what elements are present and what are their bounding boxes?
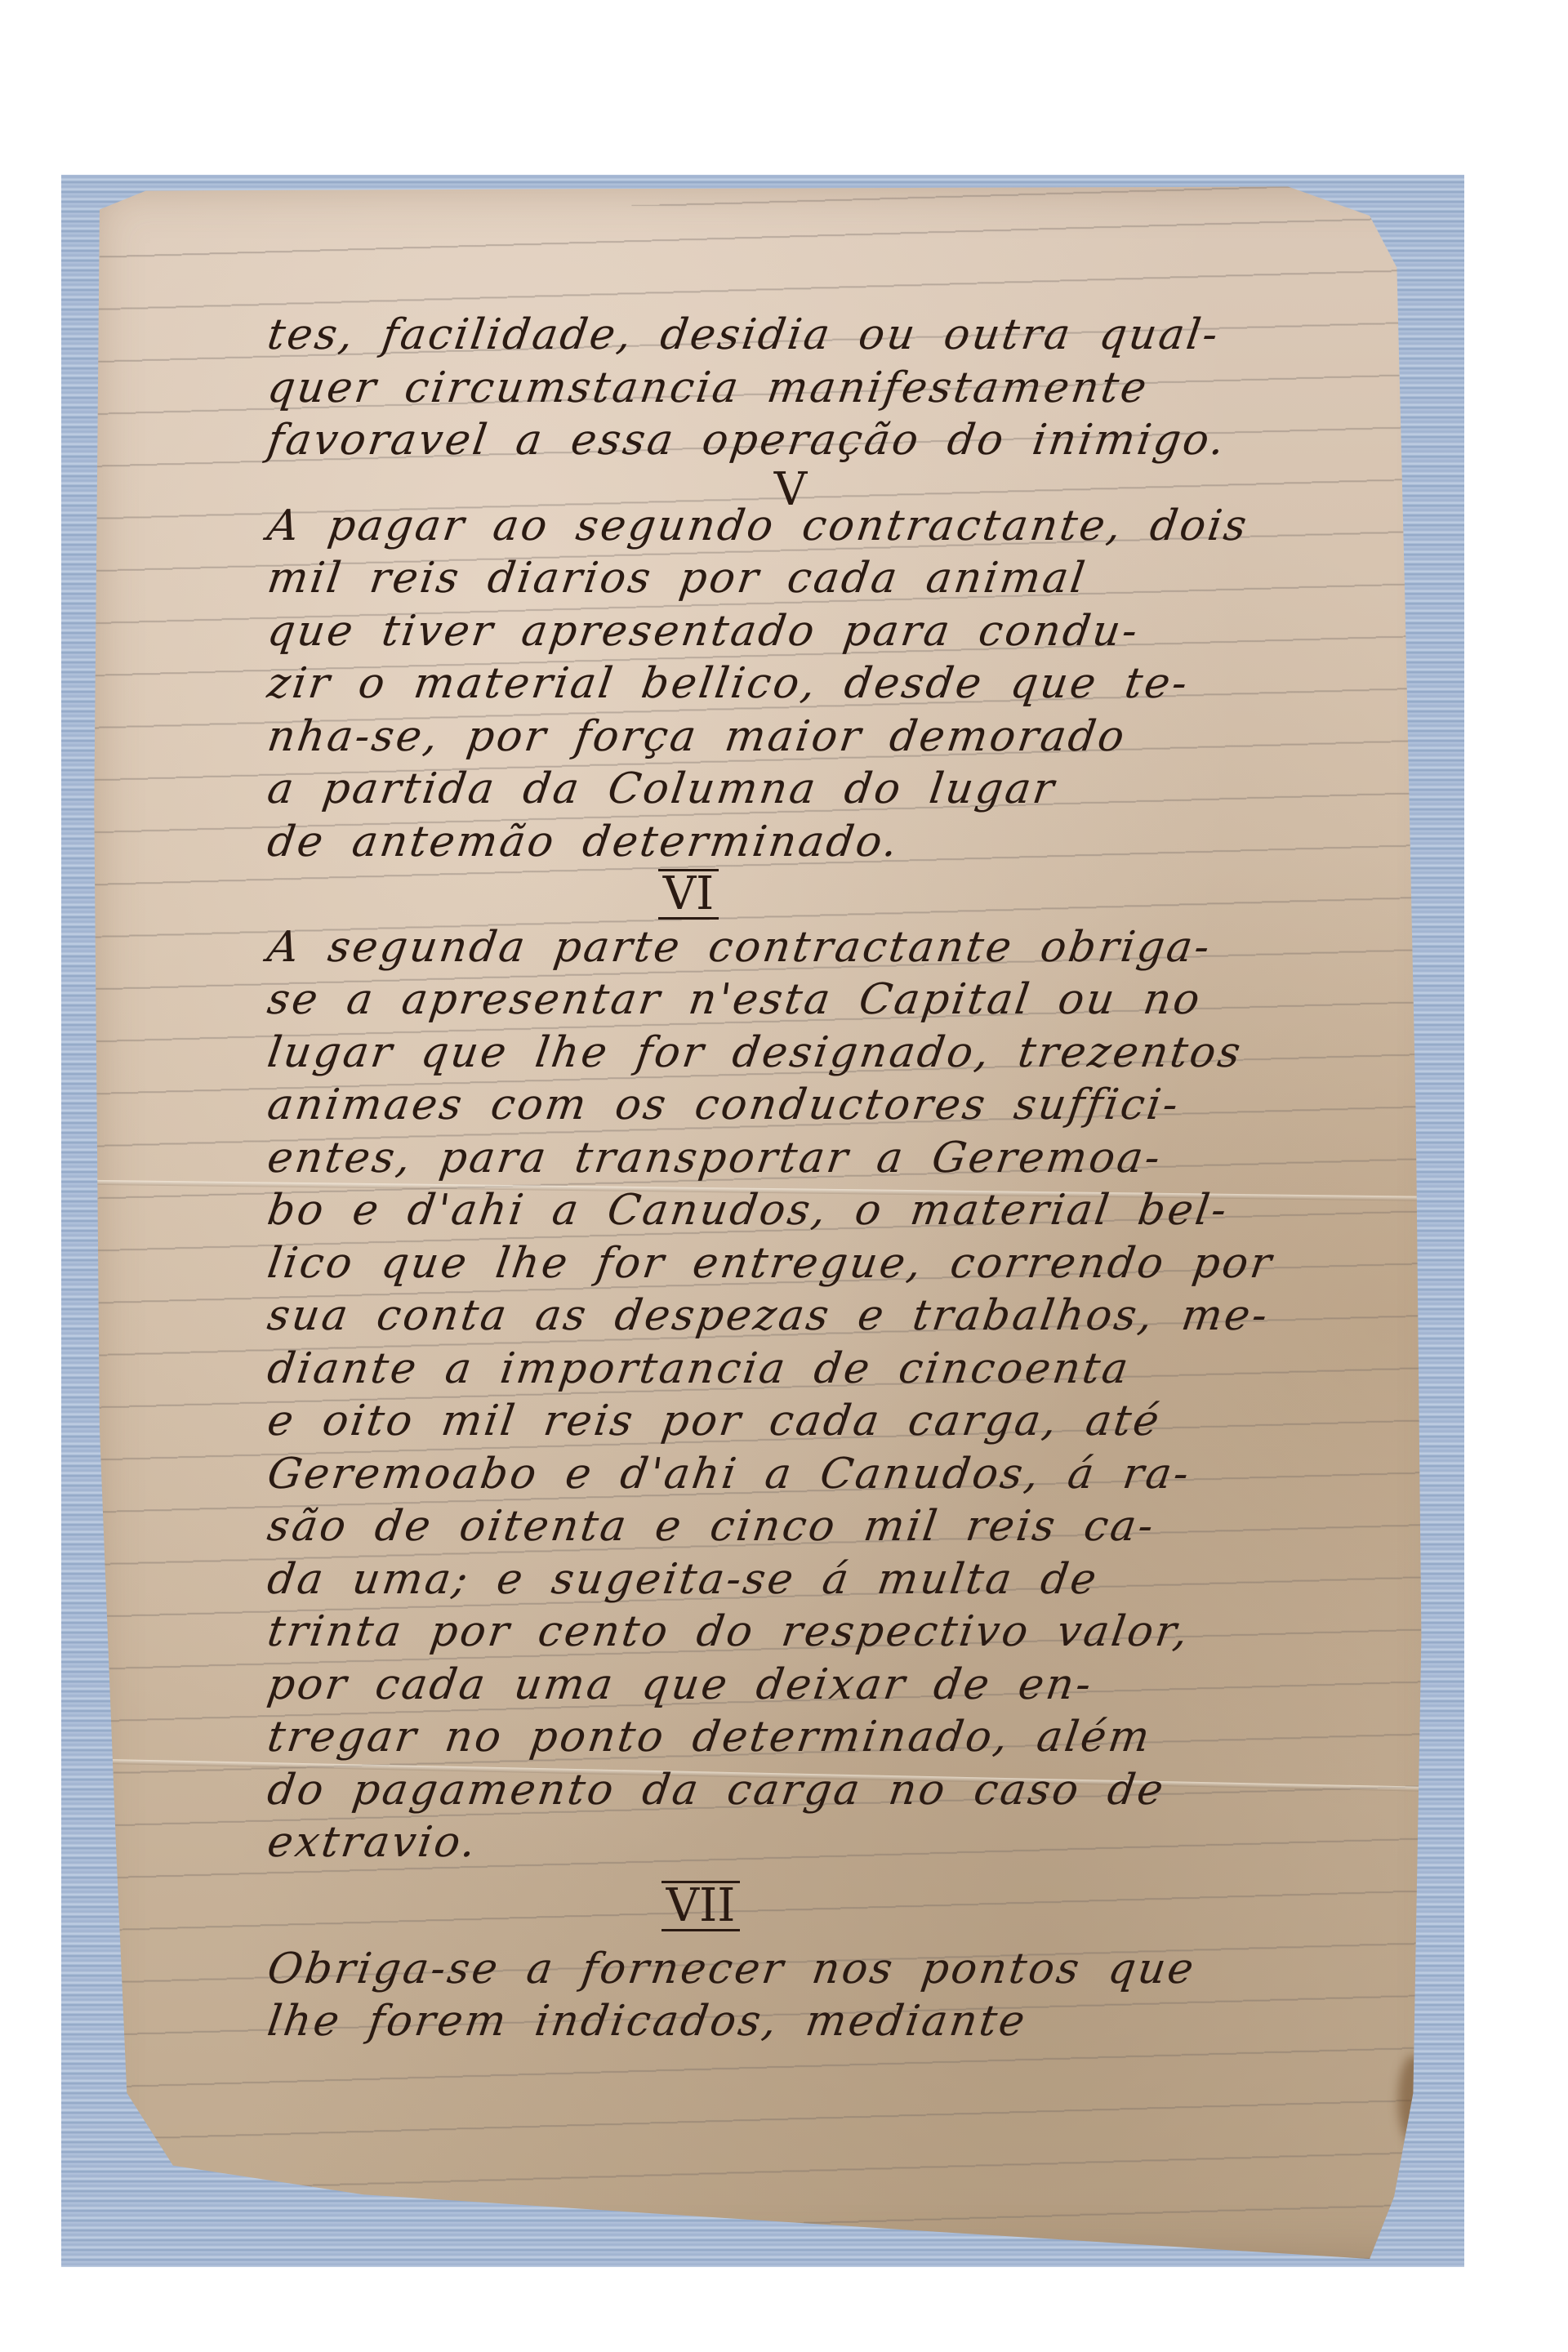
text-line: da uma; e sugeita-se á multa de [264,1553,1431,1606]
handwritten-text: tes, facilidade, desidia ou outra qual- … [268,309,1428,2048]
text-line: Obriga-se a fornecer nos pontos que [264,1943,1431,1996]
text-line: sua conta as despezas e trabalhos, me- [264,1290,1431,1343]
text-line: bo e d'ahi a Canudos, o material bel- [264,1184,1431,1237]
text-line: Geremoabo e d'ahi a Canudos, á ra- [264,1448,1431,1501]
clause-numeral-v: V [154,467,1428,500]
text-line: que tiver apresentado para condu- [264,605,1431,658]
text-line: de antemão determinado. [264,816,1431,869]
clause-numeral-vi: VI [0,868,1428,921]
text-line: tregar no ponto determinado, além [264,1711,1431,1764]
numeral-text: VII [661,1881,741,1931]
text-line: por cada uma que deixar de en- [264,1659,1431,1712]
text-line: se a apresentar n'esta Capital ou no [264,973,1431,1027]
text-line: diante a importancia de cincoenta [264,1343,1431,1396]
numeral-text: VI [658,869,719,920]
text-line: A segunda parte contractante obriga- [264,921,1431,974]
text-line: lico que lhe for entregue, correndo por [264,1237,1431,1290]
text-line: nha-se, por força maior demorado [264,710,1431,764]
text-line: quer circumstancia manifestamente [264,362,1431,415]
clause-numeral-vii: VII [0,1869,1428,1943]
text-line: trinta por cento do respectivo valor, [264,1606,1431,1659]
document-scan: tes, facilidade, desidia ou outra qual- … [0,0,1568,2352]
text-line: zir o material bellico, desde que te- [264,657,1431,710]
text-line: a partida da Columna do lugar [264,763,1431,816]
text-line: do pagamento da carga no caso de [264,1764,1431,1817]
text-line: e oito mil reis por cada carga, até [264,1395,1431,1448]
text-line: A pagar ao segundo contractante, dois [264,500,1431,553]
text-line: animaes com os conductores suffici- [264,1079,1431,1132]
text-line: são de oitenta e cinco mil reis ca- [264,1500,1431,1553]
text-line: lugar que lhe for designado, trezentos [264,1027,1431,1080]
text-line: entes, para transportar a Geremoa- [264,1132,1431,1185]
text-line: mil reis diarios por cada animal [264,552,1431,605]
text-line: lhe forem indicados, mediante [264,1995,1431,2048]
text-line: extravio. [264,1816,1431,1869]
text-line: favoravel a essa operação do inimigo. [264,414,1431,467]
text-line: tes, facilidade, desidia ou outra qual- [264,309,1431,362]
